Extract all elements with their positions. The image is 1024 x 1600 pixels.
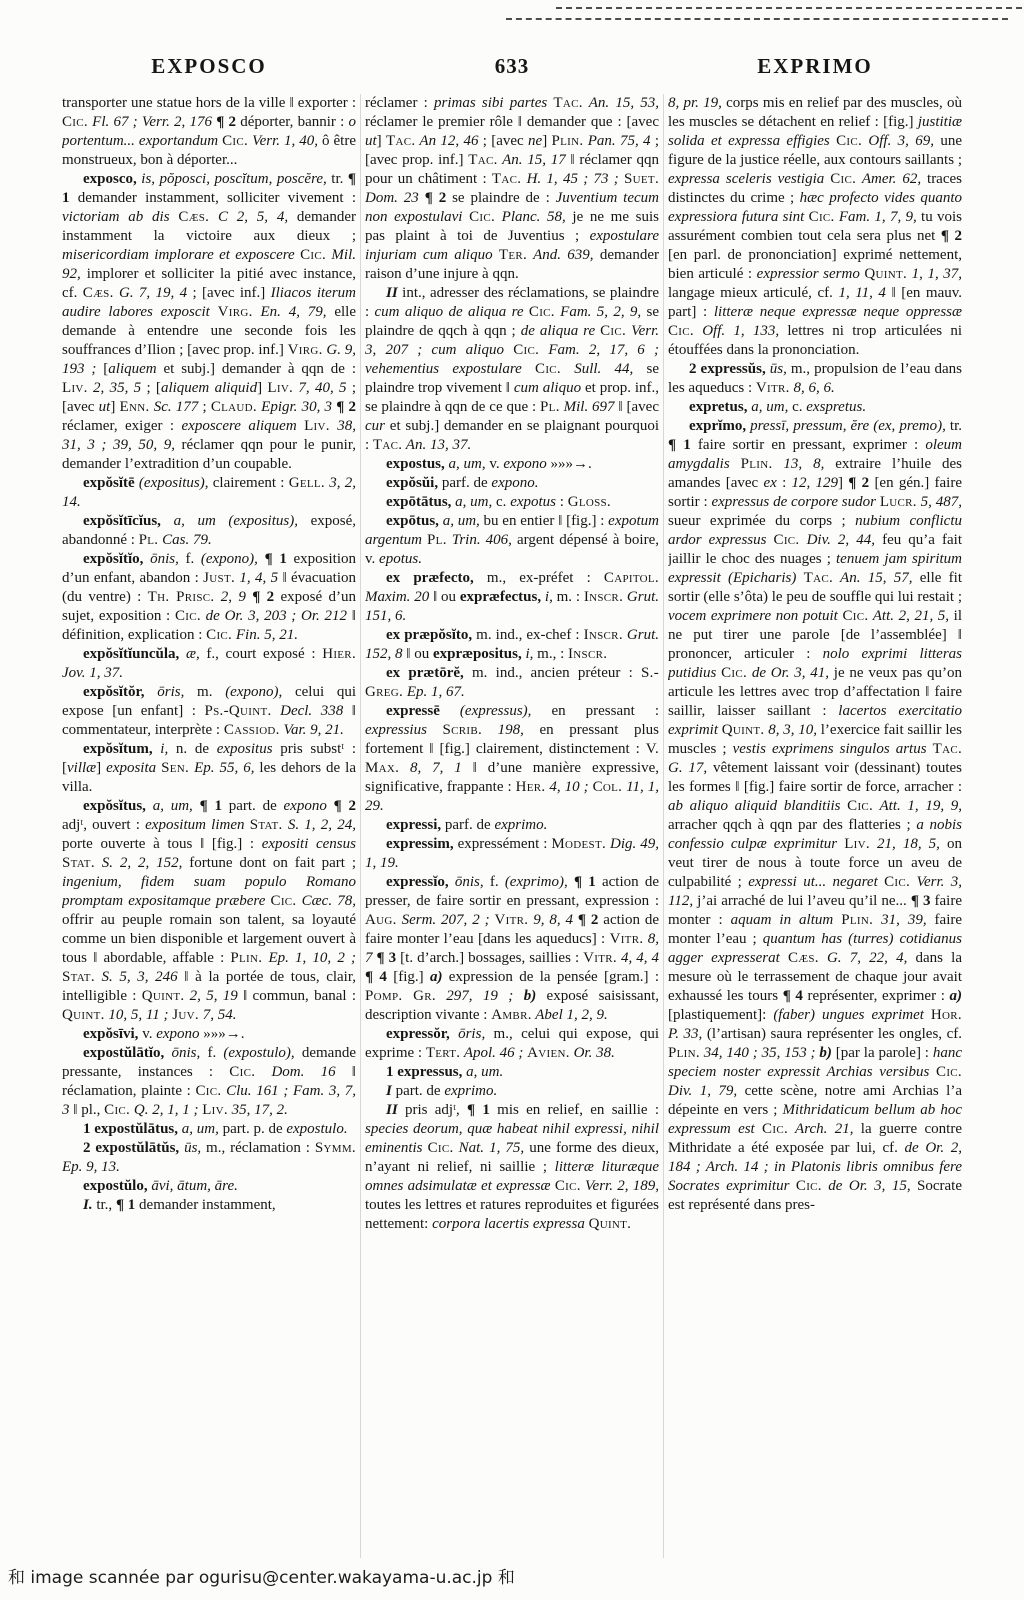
latin-citation: a, um, — [445, 456, 486, 472]
latin-citation: i, — [522, 646, 534, 662]
entry-paragraph: 1 expressus, a, um. — [365, 1063, 659, 1082]
gloss-text: demander instamment, solliciter vivement… — [70, 190, 357, 206]
gloss-text: réclamer : — [365, 95, 434, 111]
entry-paragraph: expŏsĭtus, a, um, ¶ 1 part. de expono ¶ … — [62, 797, 356, 1025]
gloss-text: ‖ ou — [429, 589, 460, 605]
gloss-text — [258, 551, 265, 567]
author-abbreviation: Pl. — [540, 399, 560, 415]
author-abbreviation: Cic. — [836, 133, 862, 149]
gloss-text: ] — [377, 133, 386, 149]
latin-citation: exposita — [106, 760, 161, 776]
headword: ex prætōrĕ, — [386, 665, 464, 681]
latin-citation: P. 33, — [668, 1026, 702, 1042]
latin-citation: aliquem aliquid — [161, 380, 257, 396]
gloss-text: pris adjᵗ, — [398, 1102, 467, 1118]
latin-citation: expositum limen — [145, 817, 250, 833]
latin-citation: ōris, — [145, 684, 185, 700]
entry-paragraph: expretus, a, um, c. exspretus. — [668, 398, 962, 417]
entry-paragraph: I part. de exprimo. — [365, 1082, 659, 1101]
gloss-text: expressément : — [454, 836, 552, 852]
author-abbreviation: Cic. — [842, 608, 868, 624]
author-abbreviation: Tac. — [373, 437, 402, 453]
latin-citation: S. 5, 3, 246 — [95, 969, 178, 985]
author-abbreviation: Cic. — [195, 1083, 221, 1099]
section-numeral: b) — [524, 988, 537, 1004]
author-abbreviation: Hier. — [322, 646, 356, 662]
author-abbreviation: Ambr. — [491, 1007, 532, 1023]
latin-citation: (ex, premo), — [873, 418, 946, 434]
gloss-text: m., ex-préfet : — [474, 570, 604, 586]
latin-citation: ne — [528, 133, 542, 149]
latin-citation: vocem exprimere non potuit — [668, 608, 842, 624]
gloss-text: part. p. de — [219, 1121, 286, 1137]
latin-citation: a, um, — [178, 1121, 219, 1137]
author-abbreviation: Cic. — [229, 1064, 255, 1080]
entry-paragraph: ex præfecto, m., ex-préfet : Capitol. Ma… — [365, 569, 659, 626]
entry-paragraph: expōtātus, a, um, c. expotus : Gloss. — [365, 493, 659, 512]
headword: ¶ 1 — [668, 437, 691, 453]
author-abbreviation: Ps.-Quint. — [205, 703, 272, 719]
gloss-text: parf. de — [438, 475, 491, 491]
latin-citation: 2, 5, 19 — [184, 988, 237, 1004]
gloss-text — [513, 988, 523, 1004]
latin-citation: a, um. — [462, 1064, 503, 1080]
author-abbreviation: Cic. — [668, 323, 694, 339]
author-abbreviation: Cic. — [809, 209, 835, 225]
headword: ¶ 1 — [574, 874, 596, 890]
headword: ¶ 2 — [252, 589, 274, 605]
headword: ex præpŏsĭto, — [386, 627, 472, 643]
latin-citation: expressi ut... negaret — [748, 874, 884, 890]
entry-paragraph: expŏsĭtē (expositus), clairement : Gell.… — [62, 474, 356, 512]
latin-citation: corpora lacertis expressa — [432, 1216, 589, 1232]
latin-citation: 2, 35, 5 — [88, 380, 141, 396]
author-abbreviation: Liv. — [844, 836, 870, 852]
author-abbreviation: Cic. — [762, 1121, 788, 1137]
author-abbreviation: Plin. — [841, 912, 873, 928]
latin-citation: 35, 17, 2. — [228, 1102, 288, 1118]
gloss-text: faire sortir en pressant, exprimer : — [691, 437, 926, 453]
author-abbreviation: Cic. — [175, 608, 201, 624]
gloss-text: (l’artisan) saura représenter les ongles… — [702, 1026, 962, 1042]
author-abbreviation: Her. — [516, 779, 546, 795]
author-abbreviation: Cic. — [774, 532, 800, 548]
headword: expressim, — [386, 836, 454, 852]
author-abbreviation: Capitol. — [604, 570, 659, 586]
latin-citation: 13, 8, — [773, 456, 825, 472]
latin-citation: Att. 2, 21, 5, — [868, 608, 949, 624]
latin-citation: Dom. 16 — [255, 1064, 335, 1080]
latin-citation: ōnis, — [143, 551, 178, 567]
gloss-text: ] — [838, 475, 848, 491]
gloss-text: transporter une statue hors de la ville … — [62, 95, 356, 111]
gloss-text: »»»→. — [200, 1026, 245, 1042]
latin-citation: villæ — [67, 760, 96, 776]
latin-citation: Fin. 5, 21. — [232, 627, 298, 643]
latin-citation: 8, 7, 1 — [399, 760, 462, 776]
author-abbreviation: Aug. — [365, 912, 397, 928]
gloss-text: réclamer le premier rôle ‖ demander que … — [365, 114, 659, 130]
entry-paragraph: expōtus, a, um, bu en entier ‖ [fig.] : … — [365, 512, 659, 569]
latin-citation: 12, 129 — [792, 475, 839, 491]
author-abbreviation: Avien. — [527, 1045, 570, 1061]
latin-citation: Planc. 58, — [495, 209, 566, 225]
gloss-text: ‖ pl., — [70, 1102, 105, 1118]
gloss-text: part. de — [392, 1083, 444, 1099]
gloss-text: en pressant : — [531, 703, 659, 719]
latin-citation: Verr. 1, 40, — [248, 133, 318, 149]
latin-citation: expono — [156, 1026, 199, 1042]
running-head-left: EXPOSCO — [62, 54, 356, 79]
latin-citation: Cæc. 78, — [297, 893, 357, 909]
latin-citation: Mil. 697 — [560, 399, 615, 415]
latin-citation: misericordiam implorare et exposcere — [62, 247, 300, 263]
gloss-text: ] — [110, 399, 119, 415]
latin-citation: cur — [365, 418, 385, 434]
latin-citation: ut — [99, 399, 111, 415]
gloss-text: part. de — [222, 798, 284, 814]
author-abbreviation: Vitr. — [495, 912, 529, 928]
headword: expŏsŭi, — [386, 475, 438, 491]
author-abbreviation: Stat. — [250, 817, 283, 833]
author-abbreviation: Hor. — [931, 1007, 962, 1023]
gloss-text: m. ind., ex-chef : — [472, 627, 583, 643]
author-abbreviation: Quint. — [864, 266, 907, 282]
author-abbreviation: Cic. — [796, 1178, 822, 1194]
latin-citation: Cas. 79. — [158, 532, 211, 548]
latin-citation: Var. 9, 21. — [280, 722, 344, 738]
latin-citation: Trin. 406, — [447, 532, 512, 548]
author-abbreviation: Pl. — [427, 532, 447, 548]
latin-citation: ut — [365, 133, 377, 149]
entry-paragraph: expostŭlo, āvi, ātum, āre. — [62, 1177, 356, 1196]
headword: ¶ 2 — [334, 798, 356, 814]
latin-citation: litteræ neque expressæ neque oppressæ — [714, 304, 962, 320]
latin-citation: Fam. 2, 17, 6 ; — [539, 342, 659, 358]
latin-citation: expressior sermo — [757, 266, 865, 282]
latin-citation: a, um, — [747, 399, 788, 415]
author-abbreviation: Liv. — [267, 380, 293, 396]
entry-paragraph: II pris adjᵗ, ¶ 1 mis en relief, en sail… — [365, 1101, 659, 1234]
latin-citation: Sull. 44, — [561, 361, 633, 377]
latin-citation: (expositus), — [135, 475, 209, 491]
headword: 1 expressus, — [386, 1064, 462, 1080]
scan-credit: 和 image scannée par ogurisu@center.wakay… — [8, 1563, 515, 1588]
dictionary-column-2: réclamer : primas sibi partes Tac. An. 1… — [365, 94, 659, 1558]
gloss-text: clairement : — [209, 475, 289, 491]
latin-citation: expostulo. — [286, 1121, 347, 1137]
author-abbreviation: Pomp. Gr. — [365, 988, 436, 1004]
latin-citation: exspretus. — [806, 399, 866, 415]
gloss-text: ‖ ou — [403, 646, 433, 662]
headword: exposco, — [83, 171, 137, 187]
section-numeral: II — [386, 1102, 398, 1118]
author-abbreviation: Quint. — [142, 988, 185, 1004]
gloss-text: ; — [198, 399, 211, 415]
author-abbreviation: Inscr. — [584, 589, 623, 605]
gloss-text: f. — [200, 1045, 223, 1061]
author-abbreviation: Cic. — [721, 665, 747, 681]
gloss-text: m., : — [533, 646, 568, 662]
headword: expŏsĭtīcĭus, — [83, 513, 161, 529]
entry-paragraph: expressi, parf. de exprimo. — [365, 816, 659, 835]
entry-paragraph: expŏsĭtīcĭus, a, um (expositus), exposé,… — [62, 512, 356, 550]
latin-citation: 1, 1, 37, — [907, 266, 962, 282]
latin-citation: (faber) ungues exprimet — [773, 1007, 931, 1023]
section-numeral: I. — [83, 1197, 93, 1213]
continuation-paragraph: réclamer : primas sibi partes Tac. An. 1… — [365, 94, 659, 284]
latin-citation: de Or. 3, 41, — [747, 665, 829, 681]
latin-citation: 7, 40, 5 — [293, 380, 346, 396]
headword: expræpositus, — [433, 646, 522, 662]
headword: expostŭlātĭo, — [83, 1045, 164, 1061]
author-abbreviation: Cic. — [555, 1178, 581, 1194]
latin-citation: S. 2, 2, 152, — [95, 855, 182, 871]
latin-citation: is, pŏposci, poscĭtum, poscĕre, — [137, 171, 327, 187]
latin-citation: Fl. 67 ; Verr. 2, 176 — [88, 114, 216, 130]
gloss-text: ] — [257, 380, 267, 396]
latin-citation: Arch. 21, — [788, 1121, 853, 1137]
headword: ¶ 2 — [336, 399, 356, 415]
gloss-text: tr. — [946, 418, 962, 434]
gloss-text: m., réclamation : — [201, 1140, 315, 1156]
latin-citation: expotus — [510, 494, 556, 510]
headword: ¶ 3 — [911, 893, 931, 909]
page-number: 633 — [365, 54, 659, 79]
gloss-text: v. — [138, 1026, 156, 1042]
author-abbreviation: Claud. — [211, 399, 257, 415]
latin-citation: Jov. 1, 37. — [62, 665, 123, 681]
latin-citation: ōnis, — [449, 874, 484, 890]
latin-citation: Dom. 23 — [365, 190, 425, 206]
author-abbreviation: Cæs. — [83, 285, 114, 301]
entry-paragraph: 1 expostŭlātus, a, um, part. p. de expos… — [62, 1120, 356, 1139]
author-abbreviation: Cæs. — [178, 209, 209, 225]
gloss-text: ] — [96, 760, 106, 776]
author-abbreviation: Plin. — [552, 133, 584, 149]
gloss-text: ‖ commun, banal : — [238, 988, 356, 1004]
entry-paragraph: expŏsĭtĭo, ōnis, f. (expono), ¶ 1 exposi… — [62, 550, 356, 645]
latin-citation: Div. 1, 79, — [668, 1083, 737, 1099]
gloss-text: [fig.] — [387, 969, 430, 985]
latin-citation: And. 639, — [527, 247, 594, 263]
headword: ex præfecto, — [386, 570, 474, 586]
author-abbreviation: Tac. — [386, 133, 415, 149]
headword: expōtus, — [386, 513, 439, 529]
latin-citation: Nat. 1, 75, — [454, 1140, 525, 1156]
gloss-text: m. ind., ancien préteur : — [464, 665, 641, 681]
gloss-text: n. de — [168, 741, 216, 757]
latin-citation: (exprimo), — [505, 874, 568, 890]
entry-paragraph: expŏsĭtum, i, n. de expositus pris subst… — [62, 740, 356, 797]
latin-citation: Apol. 46 ; — [460, 1045, 523, 1061]
gloss-text: ] — [542, 133, 551, 149]
author-abbreviation: Sen. — [161, 760, 189, 776]
author-abbreviation: Tac. — [553, 95, 582, 111]
author-abbreviation: Cic. — [271, 893, 297, 909]
gloss-text: [plastiquement]: — [668, 1007, 773, 1023]
latin-citation: 297, 19 ; — [436, 988, 513, 1004]
latin-citation: ex — [763, 475, 776, 491]
gloss-text: »»»→. — [547, 456, 592, 472]
entry-paragraph: expostŭlātĭo, ōnis, f. (expostulo), dema… — [62, 1044, 356, 1120]
headword: expŏsĭtŏr, — [83, 684, 145, 700]
latin-citation: 8, 6, 6. — [790, 380, 835, 396]
section-numeral: b) — [819, 1045, 832, 1061]
entry-paragraph: ex prætōrĕ, m. ind., ancien préteur : S.… — [365, 664, 659, 702]
headword: expŏsĭtus, — [83, 798, 146, 814]
gloss-text: fortune dont on fait part ; — [182, 855, 356, 871]
scan-artifact-dashed-line — [556, 7, 1022, 9]
latin-citation: 2, 9 — [214, 589, 252, 605]
author-abbreviation: Ter. — [499, 247, 527, 263]
headword: expŏsĭtum, — [83, 741, 153, 757]
latin-citation: 5, 487, — [917, 494, 962, 510]
author-abbreviation: Virg. — [288, 342, 323, 358]
latin-citation: expono — [503, 456, 546, 472]
headword: expretus, — [689, 399, 747, 415]
headword: ¶ 1 — [467, 1102, 490, 1118]
headword: expŏsĭtĭo, — [83, 551, 143, 567]
latin-citation: expono — [284, 798, 334, 814]
continuation-paragraph: 8, pr. 19, corps mis en relief par des m… — [668, 94, 962, 360]
latin-citation: epotus. — [379, 551, 422, 567]
latin-citation: Maxim. 20 — [365, 589, 429, 605]
headword: ¶ 1 — [116, 1197, 135, 1213]
headword: exprĭmo, — [689, 418, 746, 434]
gloss-text: [par la parole] : — [832, 1045, 933, 1061]
latin-citation: (expressus), — [440, 703, 532, 719]
latin-citation: Serm. 207, 2 ; — [397, 912, 490, 928]
gloss-text: ; [avec — [478, 133, 528, 149]
latin-citation: a, um (expositus), — [161, 513, 298, 529]
section-numeral: a) — [430, 969, 443, 985]
latin-citation: Amer. 62, — [856, 171, 921, 187]
gloss-text: déporter, bannir : — [236, 114, 348, 130]
entry-paragraph: I. tr., ¶ 1 demander instamment, — [62, 1196, 356, 1215]
author-abbreviation: Cic. — [535, 361, 561, 377]
gloss-text: se plaindre de : — [446, 190, 555, 206]
author-abbreviation: Liv. — [202, 1102, 228, 1118]
gloss-text: m. : — [553, 589, 584, 605]
entry-paragraph: expŏsĭtŏr, ōris, m. (expono), celui qui … — [62, 683, 356, 740]
entry-paragraph: expostus, a, um, v. expono »»»→. — [365, 455, 659, 474]
headword: expostŭlo, — [83, 1178, 148, 1194]
author-abbreviation: Modest. — [551, 836, 606, 852]
author-abbreviation: Cassiod. — [224, 722, 280, 738]
latin-citation: An. 15, 53, — [583, 95, 659, 111]
gloss-text: : — [556, 494, 568, 510]
entry-paragraph: II int., adresser des réclamations, se p… — [365, 284, 659, 455]
gloss-text: arracher qqch à qqn par des flatteries ; — [668, 817, 916, 833]
latin-citation: Verr. 2, 189, — [581, 1178, 659, 1194]
latin-citation: G. 7, 22, 4, — [819, 950, 908, 966]
latin-citation: aliquem — [108, 361, 156, 377]
latin-citation: a, um, — [451, 494, 492, 510]
headword: expressē — [386, 703, 440, 719]
headword: ¶ 4 — [783, 988, 803, 1004]
latin-citation: 8, pr. 19, — [668, 95, 722, 111]
gloss-text: ; [ — [141, 380, 161, 396]
gloss-text: adjᵗ, ouvert : — [62, 817, 145, 833]
latin-citation: Att. 1, 19, 9, — [873, 798, 962, 814]
headword: expressĭo, — [386, 874, 449, 890]
latin-citation: 4, 10 ; — [545, 779, 588, 795]
latin-citation: exposcere aliquem — [182, 418, 305, 434]
headword: ¶ 3 — [377, 950, 397, 966]
author-abbreviation: Col. — [593, 779, 623, 795]
author-abbreviation: Vitr. — [756, 380, 790, 396]
gloss-text: réclamer, exiger : — [62, 418, 182, 434]
author-abbreviation: Cic. — [428, 1140, 454, 1156]
author-abbreviation: Cic. — [222, 133, 248, 149]
headword: expŏsĭtē — [83, 475, 135, 491]
latin-citation: S. 1, 2, 24, — [283, 817, 356, 833]
latin-citation: Epigr. 30, 3 — [257, 399, 336, 415]
latin-citation: a, um, — [439, 513, 480, 529]
latin-citation: expositi census — [262, 836, 356, 852]
gloss-text: [ — [96, 361, 108, 377]
headword: 2 expostŭlātŭs, — [83, 1140, 179, 1156]
latin-citation: de Or. 3, 15, — [822, 1178, 911, 1194]
author-abbreviation: Cic. — [62, 114, 88, 130]
latin-citation: i, — [153, 741, 169, 757]
latin-citation: Ep. 9, 13. — [62, 1159, 120, 1175]
latin-citation: æ, — [179, 646, 199, 662]
scanned-dictionary-page: EXPOSCO 633 EXPRIMO transporter une stat… — [0, 0, 1024, 1600]
latin-citation: Abel 1, 2, 9. — [532, 1007, 608, 1023]
latin-citation: a, um, — [146, 798, 193, 814]
latin-citation: An. 13, 37. — [402, 437, 471, 453]
latin-citation: C 2, 5, 4, — [209, 209, 288, 225]
author-abbreviation: Cic. — [469, 209, 495, 225]
gloss-text: v. — [486, 456, 504, 472]
author-abbreviation: Cic. — [300, 247, 326, 263]
gloss-text: sueur exprimée du corps ; — [668, 513, 855, 529]
entry-paragraph: exposco, is, pŏposci, poscĭtum, poscĕre,… — [62, 170, 356, 474]
headword: ¶ 2 — [578, 912, 599, 928]
latin-citation: Ep. 55, 6, — [189, 760, 254, 776]
headword: expressi, — [386, 817, 441, 833]
author-abbreviation: Tac. — [933, 741, 962, 757]
headword: 2 expressŭs, — [689, 361, 766, 377]
author-abbreviation: Quint. — [589, 1216, 632, 1232]
gloss-text: demander instamment, — [135, 1197, 275, 1213]
author-abbreviation: Pl. — [139, 532, 159, 548]
scan-artifact-dashed-line — [506, 18, 1008, 20]
latin-citation: pressī, pressum, ĕre — [746, 418, 869, 434]
author-abbreviation: Cic. — [830, 171, 856, 187]
latin-citation: expressus de corpore sudor — [711, 494, 879, 510]
author-abbreviation: Cic. — [936, 1064, 962, 1080]
author-abbreviation: Gloss. — [568, 494, 611, 510]
gloss-text: [t. d’arch.] bossages, saillies : — [396, 950, 583, 966]
author-abbreviation: Cic. — [529, 304, 555, 320]
latin-citation: 21, 18, 5, — [870, 836, 940, 852]
author-abbreviation: Tac. — [468, 152, 497, 168]
latin-citation: 1, 11, 4 — [838, 285, 885, 301]
latin-citation: Fam. 1, 7, 9, — [835, 209, 917, 225]
running-head: EXPOSCO 633 EXPRIMO — [62, 54, 962, 79]
latin-citation: Sc. 177 — [150, 399, 199, 415]
gloss-text: ‖ [avec — [615, 399, 659, 415]
headword: expŏsĭtĭuncŭla, — [83, 646, 179, 662]
author-abbreviation: Inscr. — [584, 627, 623, 643]
gloss-text: bu en entier ‖ [fig.] : — [480, 513, 608, 529]
latin-citation: primas sibi partes — [434, 95, 553, 111]
author-abbreviation: Enn. — [120, 399, 150, 415]
latin-citation: Off. 3, 69, — [862, 133, 934, 149]
